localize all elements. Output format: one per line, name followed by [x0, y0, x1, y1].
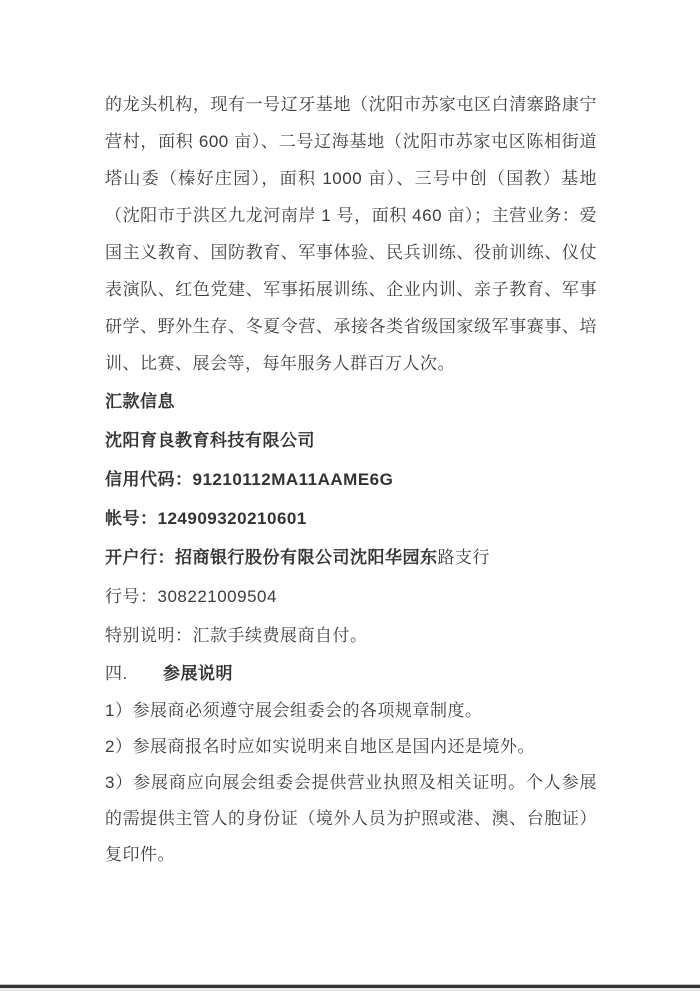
remittance-bank-regular-part: 路支行: [438, 548, 491, 567]
section-item-2: 2）参展商报名时应如实说明来自地区是国内还是境外。: [105, 729, 597, 765]
section-item-3: 3）参展商应向展会组委会提供营业执照及相关证明。个人参展的需提供主管人的身份证（…: [105, 765, 597, 873]
remittance-heading: 汇款信息: [105, 382, 597, 421]
remittance-account-number: 帐号：124909320210601: [105, 499, 597, 538]
remittance-bank-bold-part: 开户行：招商银行股份有限公司沈阳华园东: [105, 548, 438, 567]
document-page: 的龙头机构，现有一号辽牙基地（沈阳市苏家屯区白清寨路康宁营村，面积 600 亩）…: [0, 0, 700, 991]
section-item-1: 1）参展商必须遵守展会组委会的各项规章制度。: [105, 693, 597, 729]
bottom-divider-bar: [0, 984, 700, 991]
remittance-bank-number: 行号：308221009504: [105, 577, 597, 616]
remittance-credit-code: 信用代码：91210112MA11AAME6G: [105, 460, 597, 499]
remittance-company-name: 沈阳育良教育科技有限公司: [105, 421, 597, 460]
section-number: 四.: [105, 655, 163, 693]
remittance-bank-line: 开户行：招商银行股份有限公司沈阳华园东路支行: [105, 538, 597, 577]
section-heading: 四.参展说明: [105, 655, 597, 693]
section-title: 参展说明: [163, 664, 233, 683]
intro-paragraph: 的龙头机构，现有一号辽牙基地（沈阳市苏家屯区白清寨路康宁营村，面积 600 亩）…: [105, 86, 597, 382]
remittance-special-note: 特别说明：汇款手续费展商自付。: [105, 616, 597, 655]
